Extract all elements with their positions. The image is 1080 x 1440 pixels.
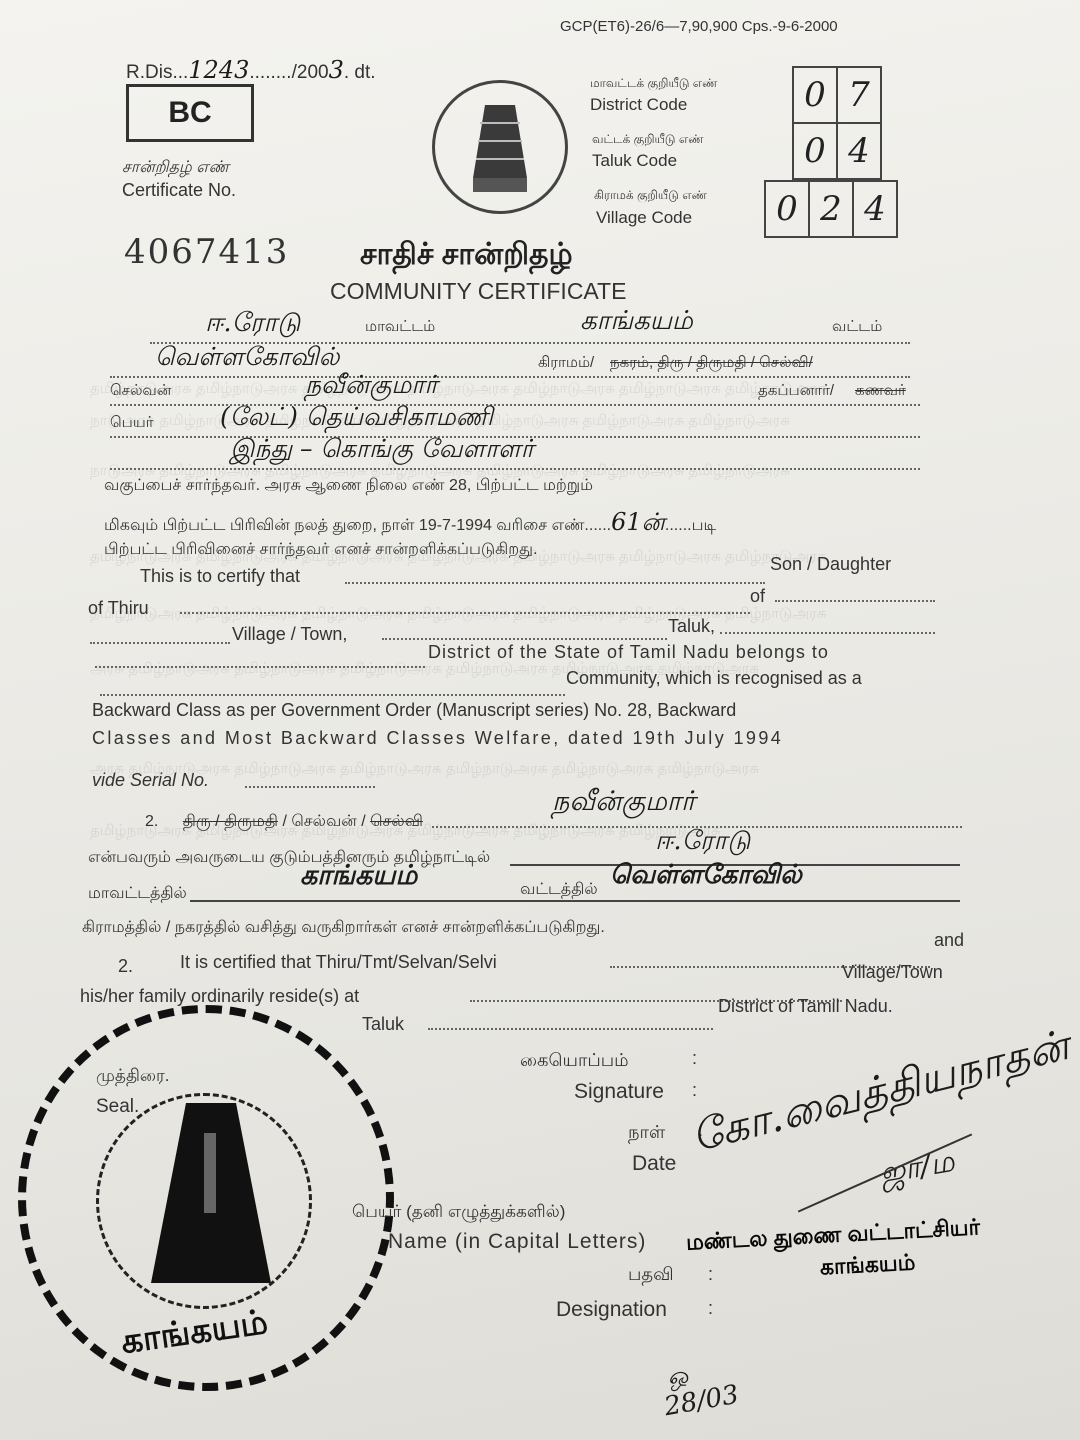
- person-name-handwritten: நவீன்குமார்: [305, 370, 438, 403]
- village-code-digit: 0: [765, 181, 809, 237]
- state-emblem-icon: [432, 80, 568, 214]
- official-stamp-designation: மண்டல துணை வட்டாட்சியர்: [685, 1214, 980, 1258]
- name-label-en: Name (in Capital Letters): [388, 1230, 646, 1254]
- designation-label-en: Designation: [556, 1298, 667, 1322]
- english-para2-line2-b: Village/Town: [842, 962, 943, 983]
- category-badge-text: BC: [168, 96, 211, 130]
- serial-handwritten: 61ன்: [611, 508, 665, 536]
- father-name-handwritten: (லேட்) தெய்வசிகாமணி: [220, 402, 493, 435]
- colon: :: [708, 1264, 713, 1285]
- english-line4: District of the State of Tamil Nadu belo…: [428, 642, 829, 663]
- official-stamp-place: காங்கயம்: [819, 1250, 916, 1284]
- tamil-para1-line2-text: மிகவும் பிற்பட்ட பிரிவின் நலத் துறை, நாள…: [104, 517, 584, 534]
- title-struck2: செல்வி: [370, 813, 423, 830]
- community-handwritten: இந்து – கொங்கு வேளாளர்: [230, 434, 534, 467]
- colon: :: [692, 1080, 697, 1101]
- husband-struck: கணவர்: [855, 382, 906, 401]
- para2-taluk-village-line: காங்கயம் வட்டத்தில் வெள்ளகோவில்: [190, 860, 960, 902]
- blank-dotted: [245, 786, 375, 788]
- taluk-handwritten: காங்கயம்: [580, 306, 693, 339]
- tamil-para2-line4: கிராமத்தில் / நகரத்தில் வசித்து வருகிறார…: [82, 918, 605, 938]
- para2-taluk-handwritten: காங்கயம்: [300, 860, 417, 895]
- seal-label-ta: முத்திரை.: [96, 1066, 169, 1088]
- cert-no-label-en: Certificate No.: [122, 180, 236, 201]
- district-code-label-ta: மாவட்டக் குறியீடு எண்: [590, 76, 717, 92]
- english-para2-line3-a: Taluk: [362, 1014, 404, 1035]
- blank-dotted: [100, 694, 565, 696]
- village-struck-options: நகரம், திரு / திருமதி / செல்வி/: [610, 354, 813, 373]
- title-en: COMMUNITY CERTIFICATE: [330, 278, 626, 305]
- category-badge: BC: [126, 84, 254, 142]
- cert-no-label-ta: சான்றிதழ் எண்: [122, 158, 229, 178]
- village-code-digit: 4: [853, 181, 897, 237]
- tamil-para2-district-label: மாவட்டத்தில்: [88, 884, 187, 904]
- name-label-ta: பெயர் (தனி எழுத்துக்களில்): [352, 1202, 565, 1224]
- district-code-digit: 7: [837, 67, 881, 123]
- english-para2-line1-a: It is certified that Thiru/Tmt/Selvan/Se…: [180, 952, 497, 973]
- blank-dotted: [382, 638, 667, 640]
- village-code-label-en: Village Code: [596, 208, 692, 228]
- selvan-label: செல்வன்: [110, 382, 171, 401]
- english-line2-b: of: [750, 586, 765, 607]
- date-label-ta: நாள்: [628, 1122, 665, 1145]
- rdis-dt: . dt.: [344, 62, 376, 83]
- village-label: கிராமம்/: [538, 354, 594, 373]
- father-name-line: பெயர் (லேட்) தெய்வசிகாமணி: [110, 404, 920, 438]
- temple-gopuram-icon: [146, 1093, 276, 1293]
- rdis-label: R.Dis...: [126, 62, 188, 83]
- blank-dotted: [775, 600, 935, 602]
- seal-ring-text: காங்கயம்: [119, 1303, 271, 1366]
- village-code-digit: 2: [809, 181, 853, 237]
- title-ta: சாதிச் சான்றிதழ்: [360, 238, 573, 276]
- signature-label-en: Signature: [574, 1080, 664, 1104]
- blank-dotted: [720, 632, 935, 634]
- tamil-para1-line2: மிகவும் பிற்பட்ட பிரிவின் நலத் துறை, நாள…: [104, 508, 716, 539]
- para2-taluk-label: வட்டத்தில்: [520, 880, 598, 900]
- official-seal-icon: காங்கயம்: [18, 1005, 394, 1391]
- title-struck: திரு / திருமதி: [183, 813, 278, 830]
- district-code-digit: 0: [793, 67, 837, 123]
- tamil-para1-line1: வகுப்பைச் சார்ந்தவர். அரசு ஆணை நிலை எண் …: [104, 476, 593, 496]
- district-code-label-en: District Code: [590, 95, 687, 115]
- title-selvan: / செல்வன் /: [282, 813, 365, 830]
- district-label: மாவட்டம்: [365, 318, 435, 337]
- seal-label-en: Seal.: [96, 1096, 139, 1118]
- community-line: இந்து – கொங்கு வேளாளர்: [110, 434, 920, 470]
- english-para2-line3-b: District of Tamil Nadu.: [718, 996, 893, 1017]
- district-taluk-line: ஈ.ரோடு மாவட்டம் காங்கயம் வட்டம்: [150, 308, 910, 344]
- taluk-label: வட்டம்: [832, 318, 882, 337]
- english-para2-line1-b: and: [934, 930, 964, 951]
- blank-dotted: [180, 612, 750, 614]
- tamil-para1-line3: பிற்பட்ட பிரிவினைச் சார்ந்தவர் எனச் சான்…: [104, 540, 537, 560]
- date-label-en: Date: [632, 1152, 676, 1176]
- blank-dotted: [428, 1028, 713, 1030]
- english-line7: Classes and Most Backward Classes Welfar…: [92, 728, 783, 749]
- signature-label-ta: கையொப்பம்: [520, 1050, 629, 1073]
- english-line3-a: Village / Town,: [232, 624, 347, 645]
- taluk-code-label-ta: வட்டக் குறியீடு எண்: [592, 132, 703, 148]
- para2-name-line: நவீன்குமார்: [432, 790, 962, 828]
- para2-village-handwritten: வெள்ளகோவில்: [610, 860, 802, 893]
- district-code-boxes: 07 04: [792, 66, 882, 180]
- father-label: தகப்பனார்/: [758, 382, 834, 401]
- english-line3-b: Taluk,: [668, 616, 715, 637]
- blank-dotted: [95, 666, 425, 668]
- blank-dotted: [90, 642, 230, 644]
- certificate-number: 4067413: [124, 232, 289, 272]
- taluk-code-digit: 0: [793, 123, 837, 179]
- blank-dotted: [345, 582, 765, 584]
- village-code-label-ta: கிராமக் குறியீடு எண்: [594, 188, 707, 204]
- handwritten-signature: கோ.வைத்தியநாதன்: [687, 1020, 1076, 1167]
- english-line5: Community, which is recognised as a: [566, 668, 862, 689]
- community-certificate-page: தமிழ்நாடுஅரசு தமிழ்நாடுஅரசு தமிழ்நாடுஅரச…: [0, 0, 1080, 1440]
- taluk-code-label-en: Taluk Code: [592, 151, 677, 171]
- para2-district-handwritten: ஈ.ரோடு: [655, 826, 750, 859]
- colon: :: [708, 1298, 713, 1319]
- english-para2-line2-a: his/her family ordinarily reside(s) at: [80, 986, 359, 1007]
- print-reference: GCP(ET6)-26/6—7,90,900 Cps.-9-6-2000: [560, 18, 838, 35]
- rdis-number: 1243: [188, 56, 249, 84]
- village-code-boxes: 024: [764, 180, 898, 238]
- designation-label-ta: பதவி: [628, 1264, 674, 1287]
- english-line1-a: This is to certify that: [140, 566, 300, 587]
- rdis-line: R.Dis...1243......../2003. dt.: [126, 56, 376, 84]
- district-handwritten: ஈ.ரோடு: [205, 308, 300, 341]
- serial-suffix: படி: [692, 517, 717, 534]
- rdis-year-suffix: 3: [329, 56, 344, 84]
- english-line8: vide Serial No.: [92, 770, 209, 791]
- english-line2-a: of Thiru: [88, 598, 149, 619]
- colon: :: [692, 1048, 697, 1069]
- para2-name-handwritten: நவீன்குமார்: [552, 786, 695, 821]
- name-label: பெயர்: [110, 414, 154, 433]
- para-number: 2.: [145, 813, 158, 830]
- taluk-code-digit: 4: [837, 123, 881, 179]
- rdis-year-prefix: /200: [292, 62, 329, 83]
- english-line6: Backward Class as per Government Order (…: [92, 700, 736, 721]
- english-line1-b: Son / Daughter: [770, 554, 891, 575]
- english-para2-num: 2.: [118, 956, 133, 977]
- village-line: வெள்ளகோவில் கிராமம்/ நகரம், திரு / திரும…: [110, 344, 910, 378]
- watermark-text: தமிழ்நாடுஅரசு தமிழ்நாடுஅரசு தமிழ்நாடுஅரச…: [90, 605, 827, 624]
- tamil-para2-line1: 2. திரு / திருமதி / செல்வன் / செல்வி: [145, 812, 423, 832]
